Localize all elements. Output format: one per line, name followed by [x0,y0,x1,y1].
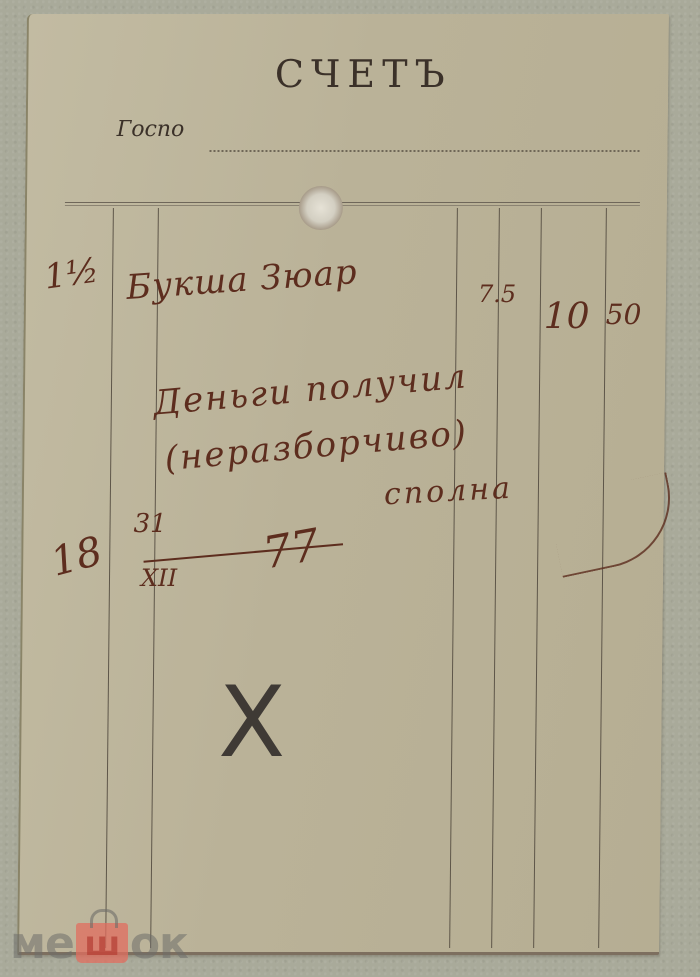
date-month: XII [141,564,177,592]
column-line-price [449,208,458,948]
watermark-left: ме [10,918,74,969]
pencil-x-mark: X [218,674,286,772]
addressee-dotted-line [209,150,639,152]
date-year-suffix: 77 [260,520,324,580]
flourish-stroke [547,472,683,578]
addressee-label: Госпо [117,117,185,142]
entry-item: Букша Зюар [125,252,358,308]
date-day: 31 [133,509,166,539]
entry-amount-kop: 50 [606,298,642,331]
invoice-title: СЧЕТЪ [208,52,518,96]
meshok-watermark: ме ш ок [10,920,188,966]
date-year-prefix: 18 [46,528,107,586]
column-line-rub [491,208,500,948]
entry-amount-rub: 10 [544,296,590,337]
receipt-note-line-1: Деньги получил [152,356,469,423]
column-line-qty [105,208,114,948]
receipt-note-line-3: сполна [383,471,513,513]
shopping-bag-icon: ш [76,923,128,963]
header-rule [65,202,640,206]
punch-hole [299,186,343,230]
column-line-kop [533,208,542,948]
receipt-note-line-2: (неразборчиво) [163,413,469,479]
entry-quantity: 1½ [42,250,101,297]
watermark-right: ок [130,918,188,969]
invoice-card: СЧЕТЪ Госпо 1½ Букша Зюар 7.5 10 50 День… [17,14,669,955]
entry-unit-price: 7.5 [478,280,516,308]
